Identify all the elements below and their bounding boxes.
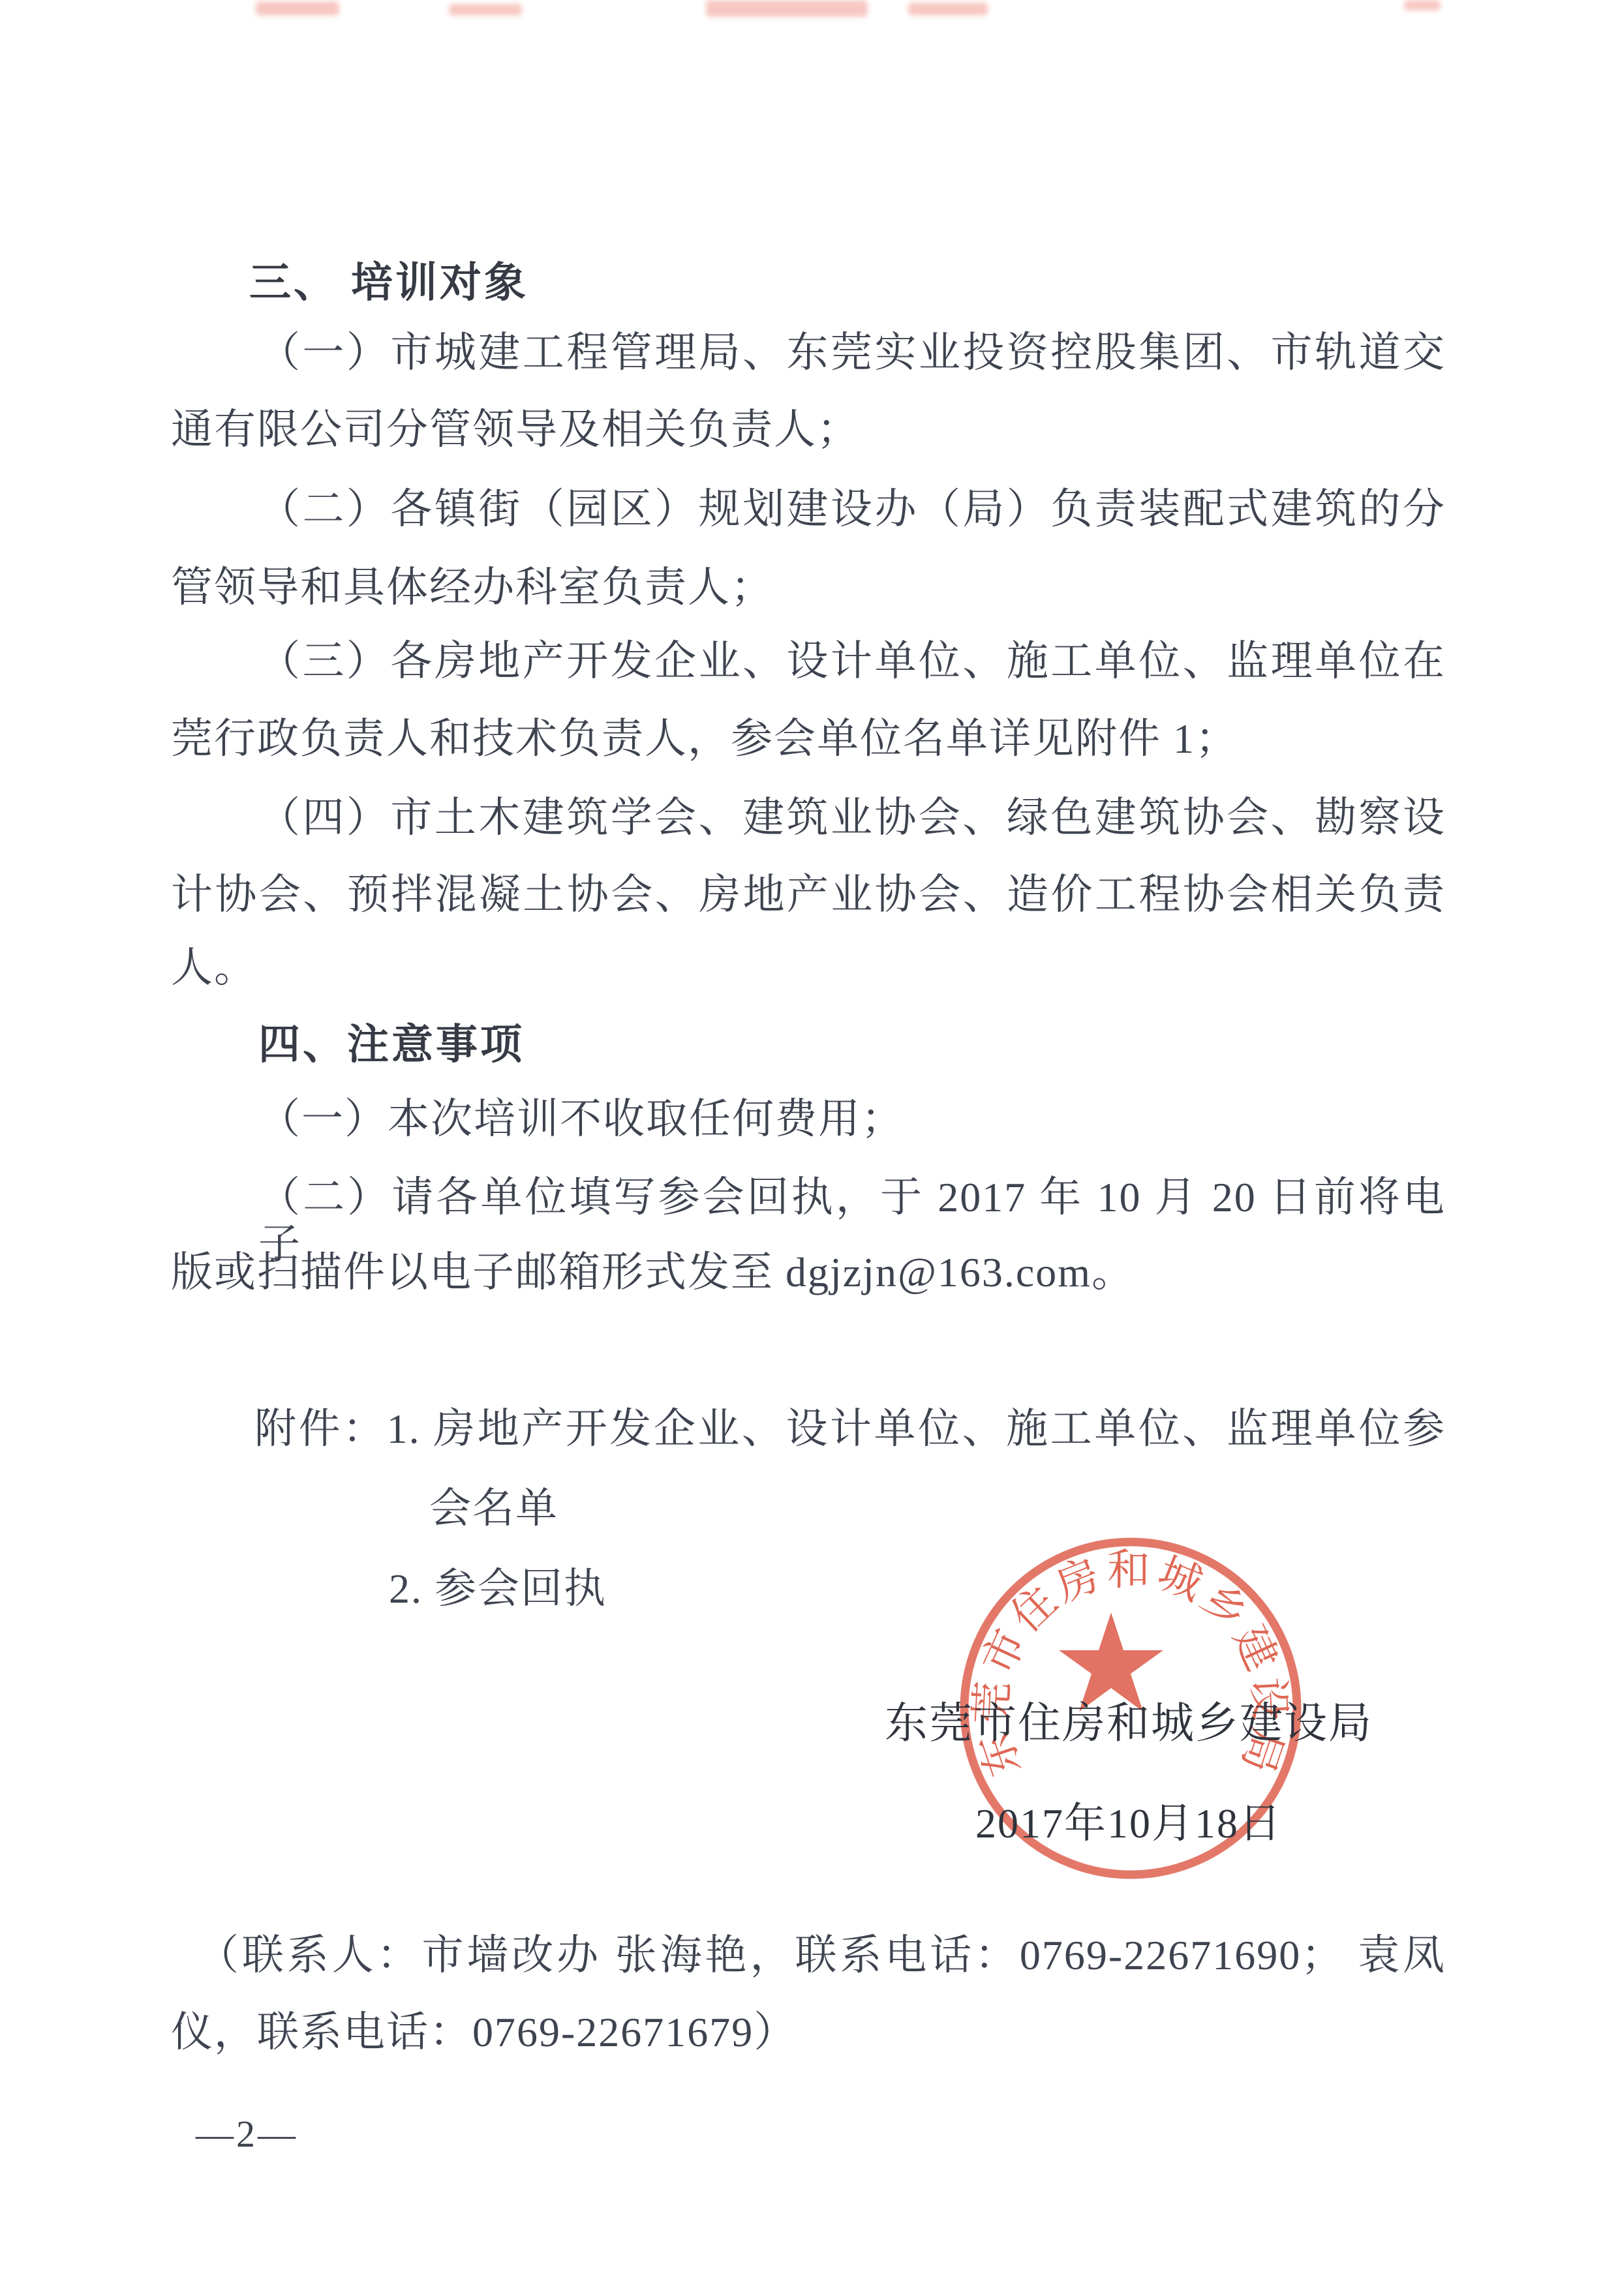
scan-artifact	[1404, 0, 1441, 10]
section-3-item-2-line-1: （二）各镇街（园区）规划建设办（局）负责装配式建筑的分	[171, 486, 1446, 533]
attachments-line-3: 2. 参会回执	[171, 1565, 1446, 1612]
section-3-item-4-line-2: 计协会、预拌混凝土协会、房地产业协会、造价工程协会相关负责	[171, 871, 1446, 918]
section-4-item-2-line-2: 版或扫描件以电子邮箱形式发至 dgjzjn@163.com。	[171, 1249, 1446, 1296]
section-4-item-1-line-1: （一）本次培训不收取任何费用；	[171, 1096, 1446, 1143]
section-3-item-3-line-2: 莞行政负责人和技术负责人，参会单位名单详见附件 1；	[171, 716, 1446, 763]
section-3-item-1-line-1: （一）市城建工程管理局、东莞实业投资控股集团、市轨道交	[171, 329, 1446, 376]
section-3-item-4-line-3: 人。	[171, 944, 1446, 991]
section-3-heading: 三、 培训对象	[171, 260, 1446, 307]
scanned-document-page: 三、 培训对象 （一）市城建工程管理局、东莞实业投资控股集团、市轨道交 通有限公…	[0, 0, 1618, 2296]
section-3-item-3-line-1: （三）各房地产开发企业、设计单位、施工单位、监理单位在	[171, 638, 1446, 685]
attachments-line-1: 附件：1. 房地产开发企业、设计单位、施工单位、监理单位参	[171, 1406, 1446, 1453]
scan-artifact	[908, 3, 988, 16]
scan-artifact	[449, 4, 522, 16]
section-3-item-2-line-2: 管领导和具体经办科室负责人；	[171, 564, 1446, 611]
section-4-heading: 四、注意事项	[171, 1021, 1446, 1068]
scan-artifact	[256, 1, 339, 16]
contact-line-1: （联系人：市墙改办 张海艳，联系电话：0769-22671690； 袁凤	[171, 1932, 1446, 1979]
issuer-name: 东莞市住房和城乡建设局	[848, 1688, 1409, 1750]
attachments-line-2: 会名单	[171, 1485, 1446, 1532]
scan-artifact	[706, 0, 868, 17]
issue-date: 2017年10月18日	[848, 1790, 1409, 1850]
page-number: —2—	[196, 2112, 298, 2156]
section-3-item-1-line-2: 通有限公司分管领导及相关负责人；	[171, 406, 1446, 453]
contact-line-2: 仪，联系电话：0769-22671679）	[171, 2009, 1446, 2056]
section-3-item-4-line-1: （四）市土木建筑学会、建筑业协会、绿色建筑协会、勘察设	[171, 794, 1446, 841]
